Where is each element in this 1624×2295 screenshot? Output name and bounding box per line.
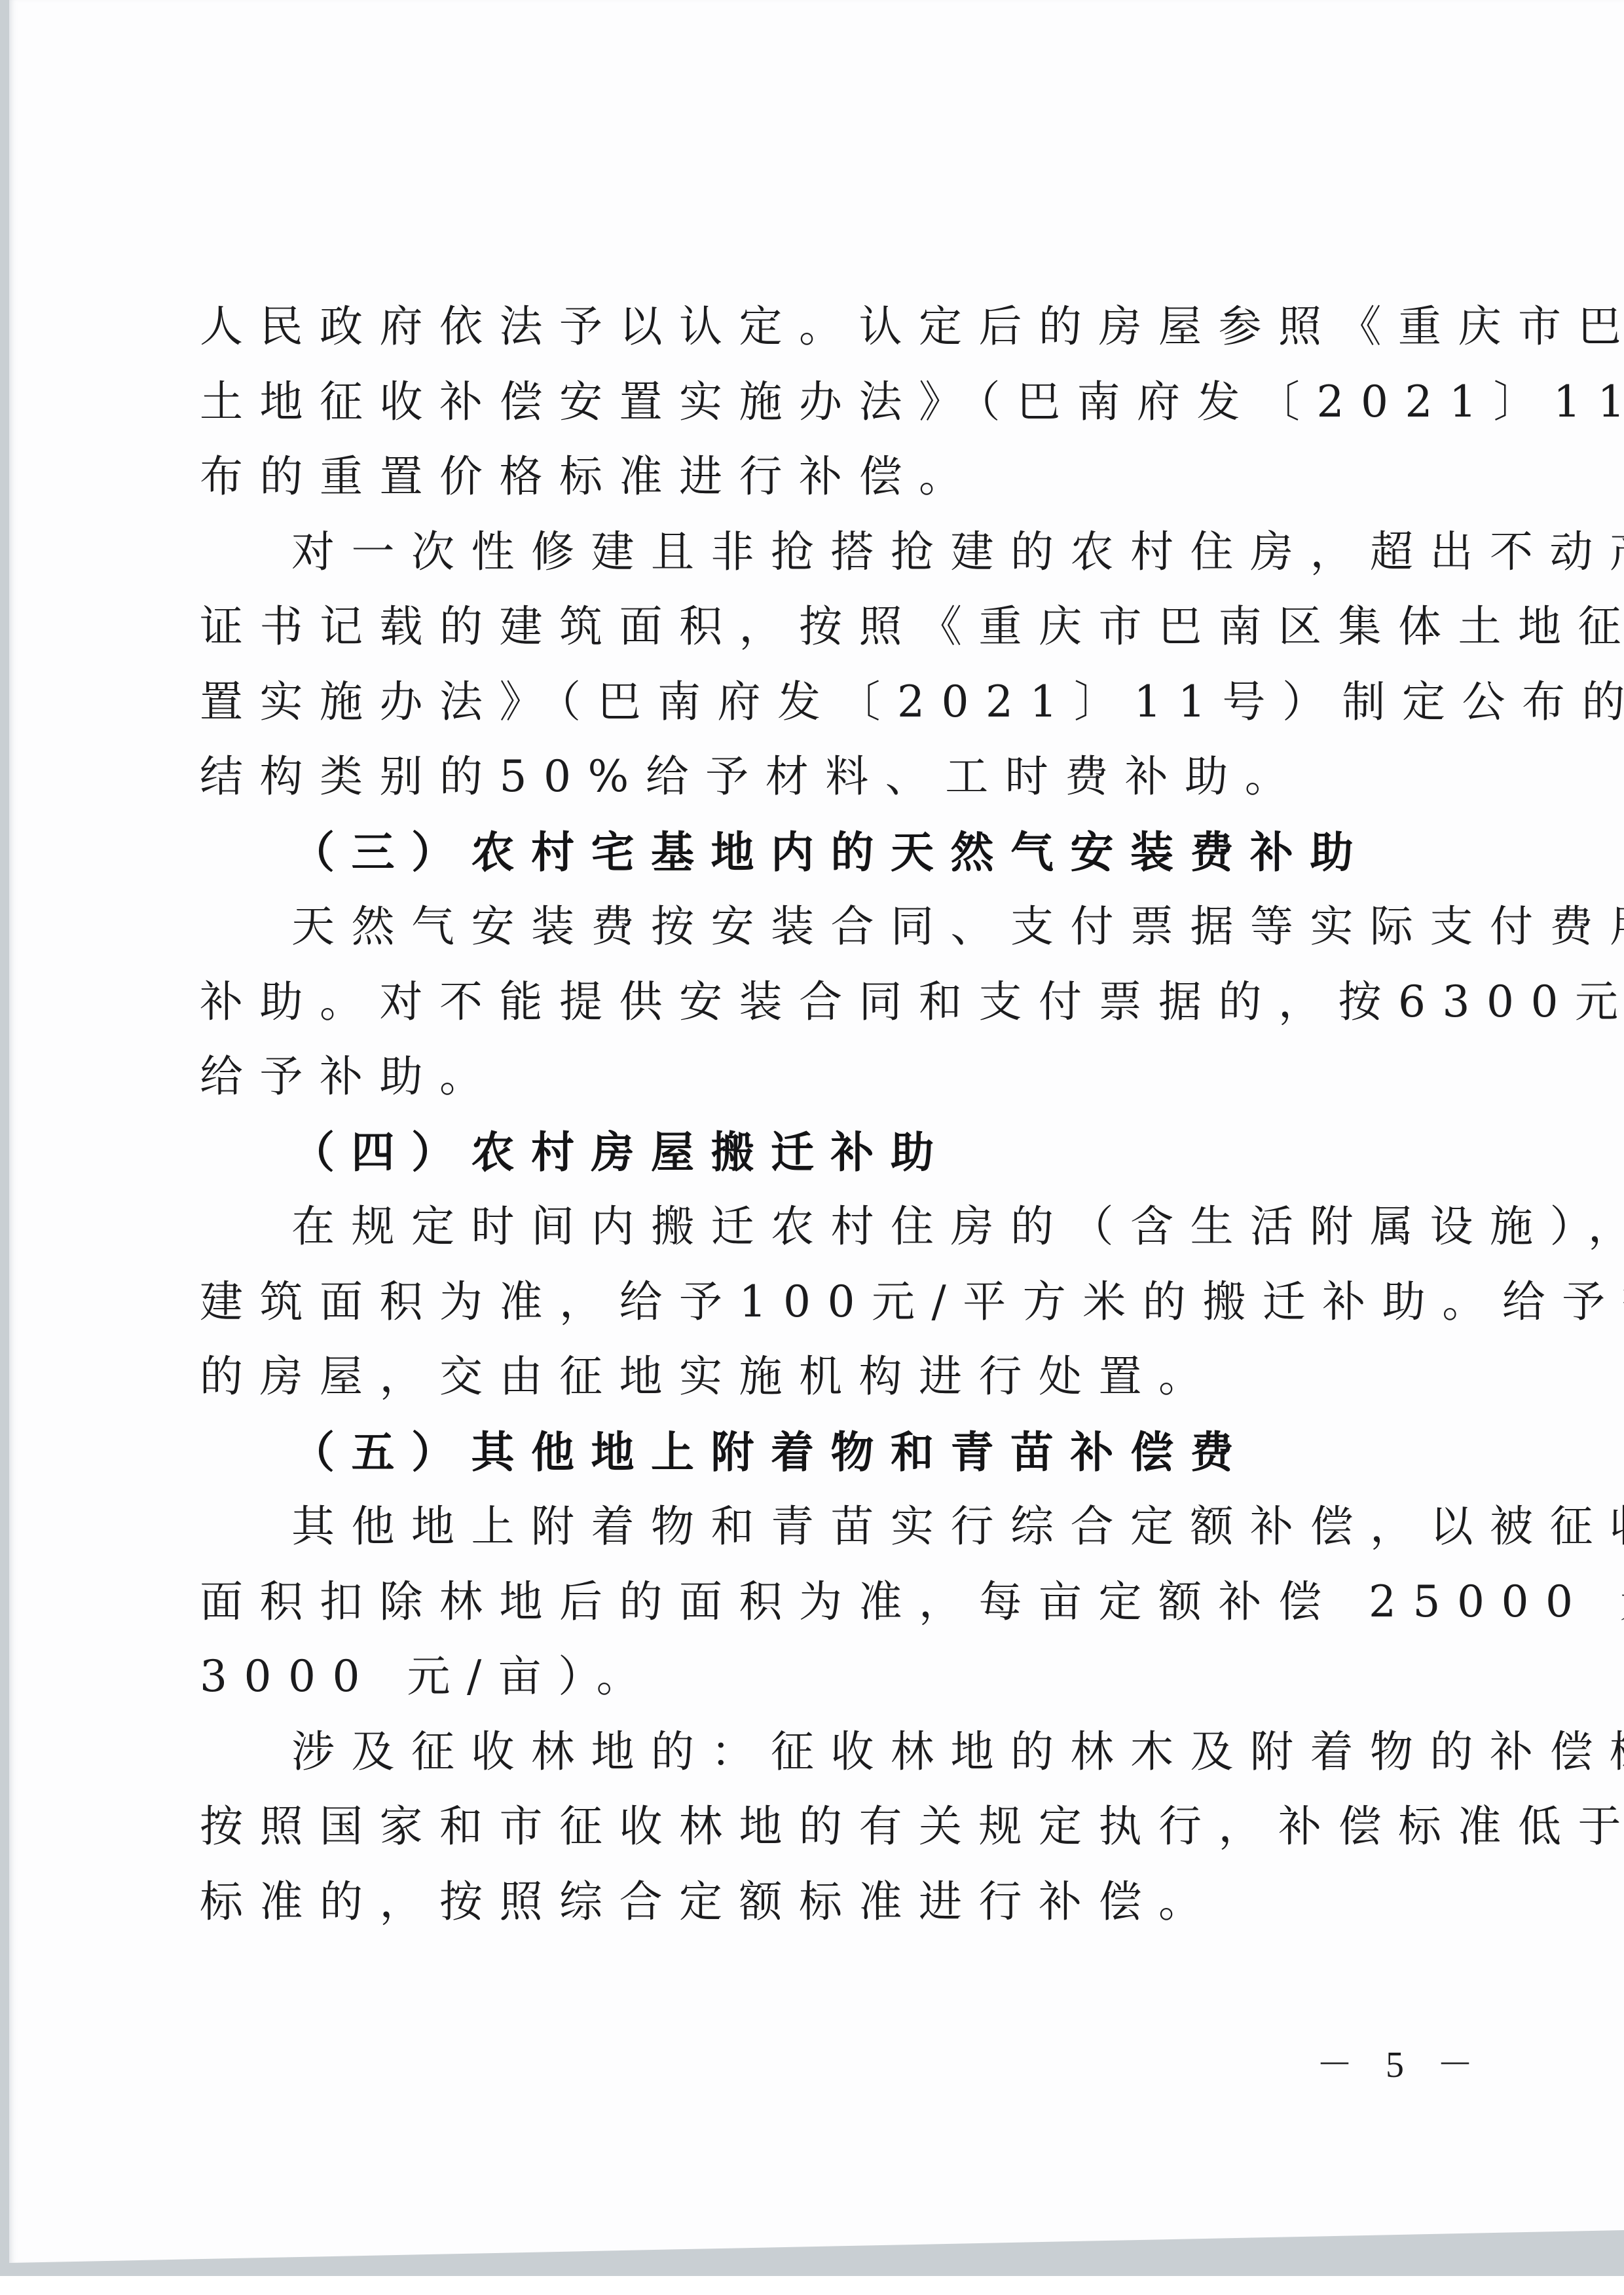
- text-line: 结构类别的50%给予材料、工时费补助。: [200, 739, 1418, 815]
- bottom-margin-strip: [0, 2276, 1624, 2295]
- text-line: 按照国家和市征收林地的有关规定执行，补偿标准低于综合定额: [200, 1789, 1418, 1865]
- text-line: 3000 元/亩）。: [200, 1639, 1418, 1715]
- text-line: 标准的，按照综合定额标准进行补偿。: [200, 1865, 1418, 1940]
- text-line: 证书记载的建筑面积，按照《重庆市巴南区集体土地征收补偿安: [200, 589, 1418, 665]
- section-heading-3: （三）农村宅基地内的天然气安装费补助: [200, 815, 1418, 890]
- paragraph-first-line: 对一次性修建且非抢搭抢建的农村住房，超出不动产权属: [200, 515, 1418, 590]
- text-line: 的房屋，交由征地实施机构进行处置。: [200, 1339, 1418, 1415]
- text-line: 土地征收补偿安置实施办法》（巴南府发〔2021〕11号）制定公: [200, 365, 1418, 440]
- paragraph-first-line: 在规定时间内搬迁农村住房的（含生活附属设施），以合法: [200, 1189, 1418, 1265]
- text-line: 布的重置价格标准进行补偿。: [200, 439, 1418, 515]
- text-line: 面积扣除林地后的面积为准，每亩定额补偿 25000 元（含青苗: [200, 1565, 1418, 1640]
- text-line: 给予补助。: [200, 1039, 1418, 1115]
- section-heading-4: （四）农村房屋搬迁补助: [200, 1115, 1418, 1190]
- document-body: 人民政府依法予以认定。认定后的房屋参照《重庆市巴南区集体 土地征收补偿安置实施办…: [200, 289, 1418, 1939]
- text-line: 补助。对不能提供安装合同和支付票据的，按6300元/户的标准: [200, 965, 1418, 1040]
- paragraph-first-line: 涉及征收林地的：征收林地的林木及附着物的补偿标准，: [200, 1715, 1418, 1790]
- paragraph-first-line: 天然气安装费按安装合同、支付票据等实际支付费用给予: [200, 889, 1418, 965]
- text-line: 人民政府依法予以认定。认定后的房屋参照《重庆市巴南区集体: [200, 289, 1418, 365]
- page-number: － 5 －: [1316, 2036, 1485, 2088]
- section-heading-5: （五）其他地上附着物和青苗补偿费: [200, 1415, 1418, 1490]
- paragraph-first-line: 其他地上附着物和青苗实行综合定额补偿，以被征收土地: [200, 1489, 1418, 1565]
- text-line: 置实施办法》（巴南府发〔2021〕11号）制定公布的重置价格同: [200, 665, 1418, 740]
- text-line: 建筑面积为准，给予100元/平方米的搬迁补助。给予搬迁补助后: [200, 1265, 1418, 1340]
